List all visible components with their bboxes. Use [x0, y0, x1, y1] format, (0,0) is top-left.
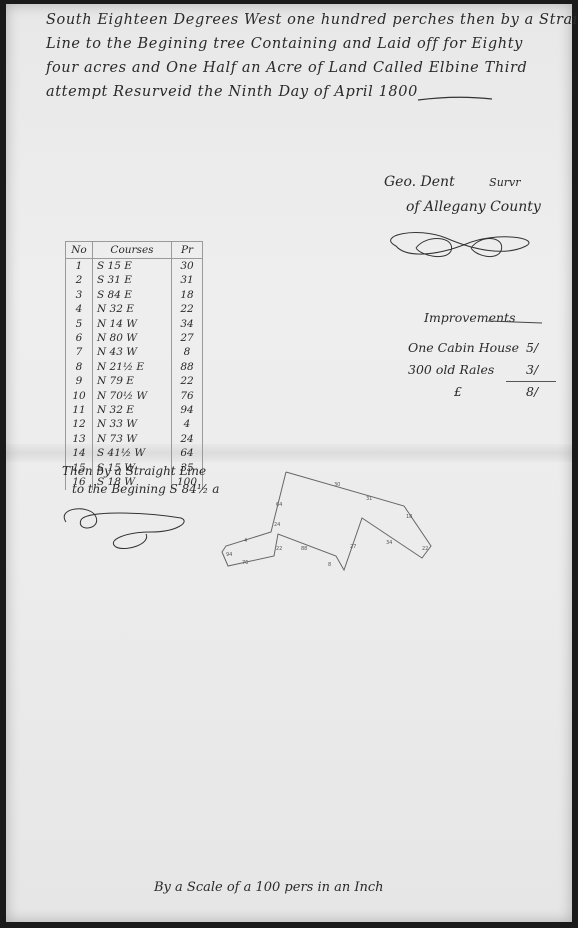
row-no: 3 [66, 288, 93, 302]
row-perches: 88 [172, 360, 203, 374]
row-course: N 33 W [93, 417, 172, 431]
svg-text:64: 64 [276, 502, 282, 508]
survey-plat-diagram: 303118 223427 88822 76944 2464 [216, 466, 436, 576]
row-course: N 14 W [93, 317, 172, 331]
header-courses: Courses [93, 242, 172, 259]
svg-text:76: 76 [242, 560, 248, 566]
table-row: 4N 32 E22 [66, 302, 203, 316]
table-row: 14S 41½ W64 [66, 446, 203, 460]
table-row: 10N 70½ W76 [66, 389, 203, 403]
table-row: 5N 14 W34 [66, 317, 203, 331]
row-perches: 22 [172, 374, 203, 388]
table-flourish [56, 502, 196, 552]
signature-name: Geo. Dent [384, 174, 455, 190]
document-page: South Eighteen Degrees West one hundred … [6, 4, 572, 922]
body-text-line-3: four acres and One Half an Acre of Land … [46, 60, 527, 76]
svg-text:31: 31 [366, 496, 372, 502]
total-label: £ [454, 384, 462, 399]
row-no: 10 [66, 389, 93, 403]
svg-text:8: 8 [328, 562, 331, 568]
table-row: 1S 15 E30 [66, 259, 203, 274]
svg-text:18: 18 [406, 514, 412, 520]
improvement-value: 3/ [526, 362, 538, 377]
row-course: S 31 E [93, 273, 172, 287]
table-row: 6N 80 W27 [66, 331, 203, 345]
row-course: N 73 W [93, 432, 172, 446]
svg-text:4: 4 [244, 538, 247, 544]
svg-text:24: 24 [274, 522, 280, 528]
courses-table-header: No Courses Pr [66, 242, 203, 259]
improvement-label: 300 old Rales [408, 362, 494, 377]
svg-text:30: 30 [334, 482, 340, 488]
table-row: 3S 84 E18 [66, 288, 203, 302]
row-perches: 31 [172, 273, 203, 287]
row-course: N 21½ E [93, 360, 172, 374]
closing-line-2: to the Begining S 84½ a [72, 482, 219, 496]
improvement-item-2: 300 old Rales 3/ [408, 362, 494, 377]
row-perches: 27 [172, 331, 203, 345]
row-no: 2 [66, 273, 93, 287]
row-course: N 32 E [93, 302, 172, 316]
row-perches: 4 [172, 417, 203, 431]
row-perches: 76 [172, 389, 203, 403]
row-no: 13 [66, 432, 93, 446]
row-no: 8 [66, 360, 93, 374]
row-course: S 15 E [93, 259, 172, 274]
row-perches: 34 [172, 317, 203, 331]
body-text-line-4: attempt Resurveid the Ninth Day of April… [46, 84, 418, 100]
row-perches: 22 [172, 302, 203, 316]
courses-table: No Courses Pr 1S 15 E30 2S 31 E31 3S 84 … [65, 241, 203, 490]
svg-text:94: 94 [226, 552, 232, 558]
header-no: No [66, 242, 93, 259]
row-perches: 24 [172, 432, 203, 446]
signature-title: Survr [489, 176, 520, 189]
scale-note: By a Scale of a 100 pers in an Inch [154, 880, 384, 895]
row-course: S 41½ W [93, 446, 172, 460]
table-row: 7N 43 W8 [66, 345, 203, 359]
row-no: 14 [66, 446, 93, 460]
row-no: 4 [66, 302, 93, 316]
heading-underline [486, 318, 546, 326]
svg-text:88: 88 [301, 546, 307, 552]
row-perches: 94 [172, 403, 203, 417]
row-perches: 30 [172, 259, 203, 274]
row-no: 1 [66, 259, 93, 274]
row-perches: 8 [172, 345, 203, 359]
row-no: 12 [66, 417, 93, 431]
row-no: 9 [66, 374, 93, 388]
surveyor-name: Geo. Dent Survr [384, 174, 521, 190]
svg-text:22: 22 [276, 546, 282, 552]
row-no: 5 [66, 317, 93, 331]
svg-text:22: 22 [422, 546, 428, 552]
line-end-flourish [416, 94, 496, 104]
closing-line-1: Then by a Straight Line [62, 464, 206, 478]
table-row: 9N 79 E22 [66, 374, 203, 388]
row-perches: 64 [172, 446, 203, 460]
improvement-label: One Cabin House [408, 340, 519, 355]
row-course: S 84 E [93, 288, 172, 302]
row-course: N 70½ W [93, 389, 172, 403]
svg-text:34: 34 [386, 540, 392, 546]
improvements-total: £ 8/ [454, 384, 462, 399]
svg-text:27: 27 [350, 544, 356, 550]
surveyor-county: of Allegany County [406, 199, 541, 215]
table-row: 2S 31 E31 [66, 273, 203, 287]
row-no: 11 [66, 403, 93, 417]
total-value: 8/ [526, 384, 538, 399]
row-course: N 43 W [93, 345, 172, 359]
row-perches: 18 [172, 288, 203, 302]
body-text-line-2: Line to the Begining tree Containing and… [46, 36, 523, 52]
header-perches: Pr [172, 242, 203, 259]
row-course: N 32 E [93, 403, 172, 417]
signature-flourish [376, 226, 546, 266]
table-row: 11N 32 E94 [66, 403, 203, 417]
improvement-item-1: One Cabin House 5/ [408, 340, 519, 355]
row-no: 6 [66, 331, 93, 345]
row-course: N 79 E [93, 374, 172, 388]
body-text-line-1: South Eighteen Degrees West one hundred … [46, 12, 578, 28]
row-no: 7 [66, 345, 93, 359]
row-course: N 80 W [93, 331, 172, 345]
table-row: 13N 73 W24 [66, 432, 203, 446]
table-row: 8N 21½ E88 [66, 360, 203, 374]
total-rule [506, 381, 556, 382]
table-row: 12N 33 W4 [66, 417, 203, 431]
improvement-value: 5/ [526, 340, 538, 355]
